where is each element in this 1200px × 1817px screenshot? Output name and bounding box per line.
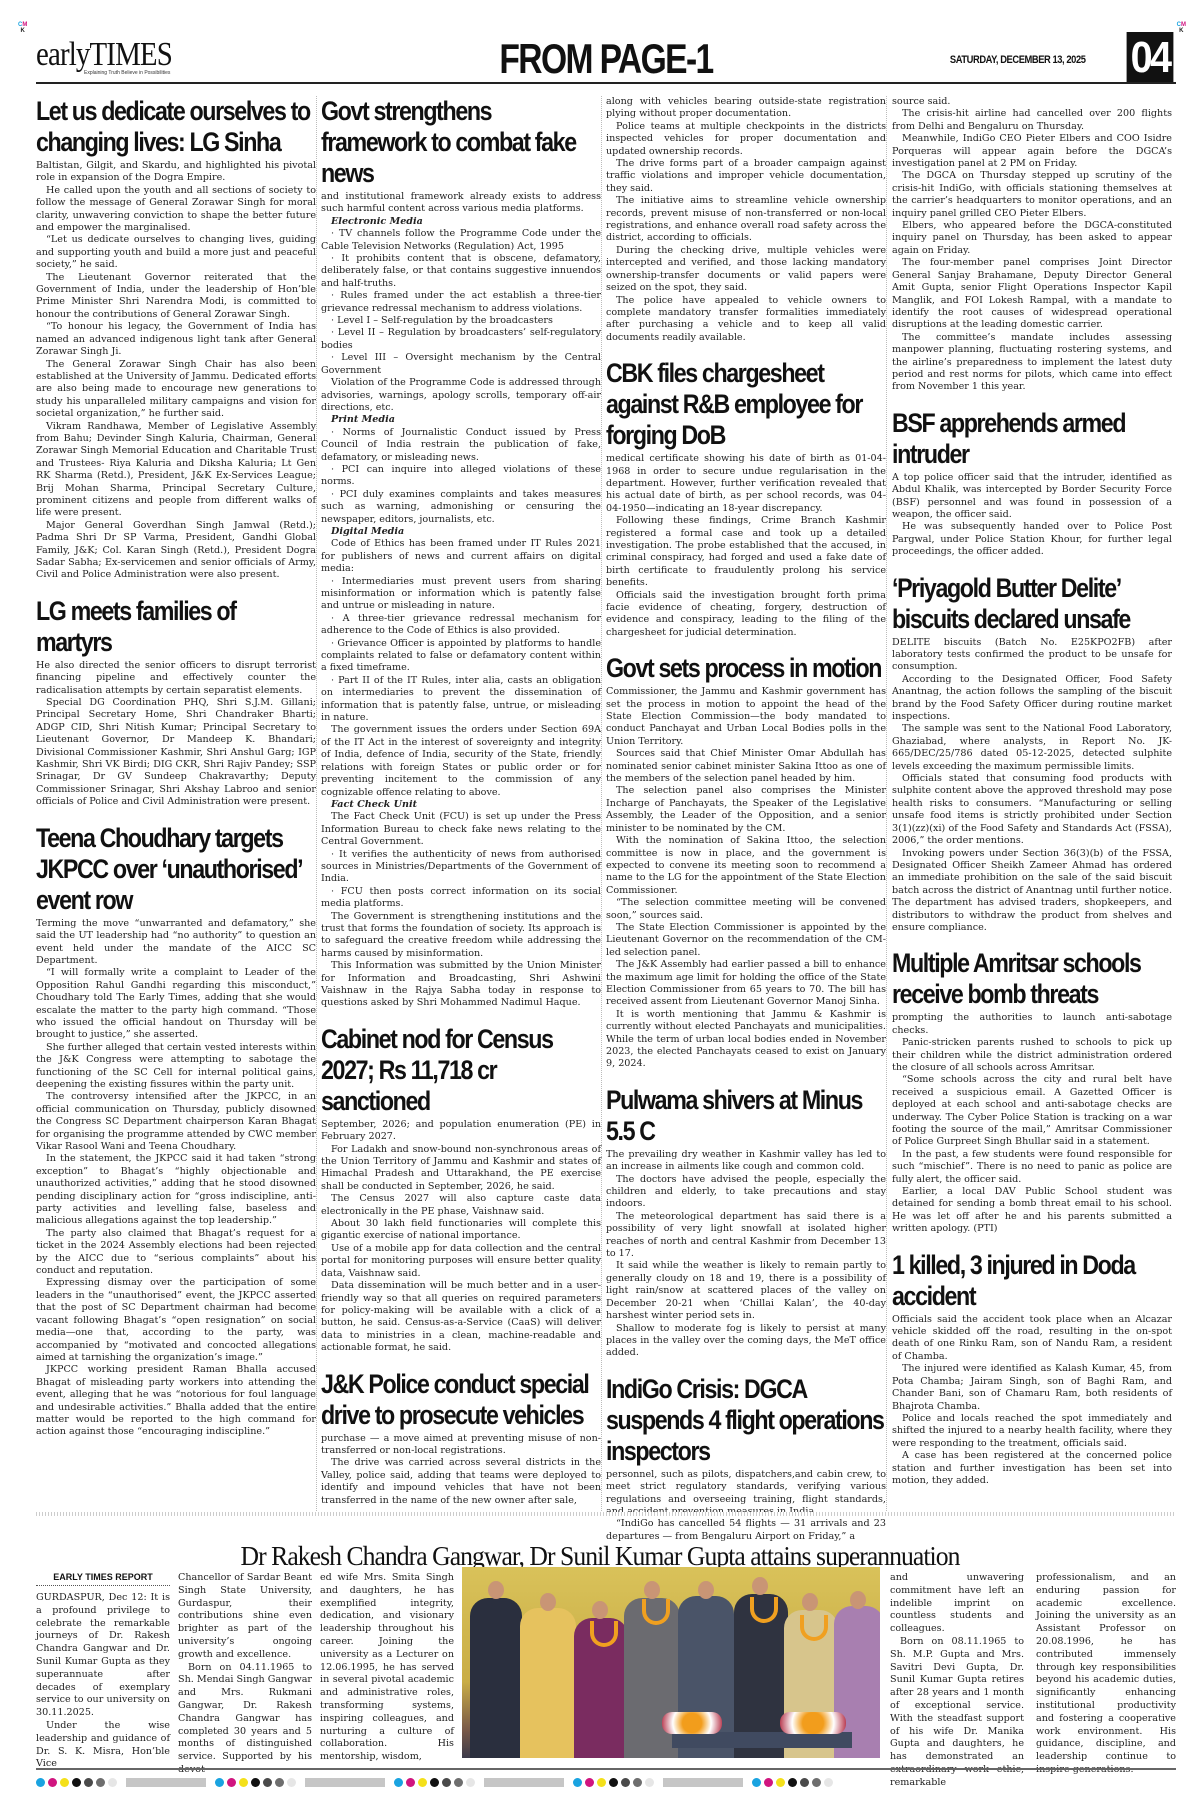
color-swatch-gray-mid xyxy=(633,1778,642,1787)
news-story: Multiple Amritsar schools receive bomb t… xyxy=(892,948,1172,1235)
story-paragraph: The government issues the orders under S… xyxy=(321,724,601,798)
story-paragraph: The Census 2027 will also capture caste … xyxy=(321,1193,601,1218)
story-paragraph: · Intermediaries must prevent users from… xyxy=(321,576,601,613)
story-headline: 1 killed, 3 injured in Doda accident xyxy=(892,1250,1171,1312)
color-swatch-black xyxy=(72,1778,81,1787)
gray-bar xyxy=(126,1778,206,1787)
color-swatch-magenta xyxy=(406,1778,415,1787)
news-story: LG meets families of martyrsHe also dire… xyxy=(36,596,316,809)
story-paragraph: personnel, such as pilots, dispatchers,a… xyxy=(606,1469,886,1519)
story-paragraph: The meteorological department has said t… xyxy=(606,1211,886,1261)
story-paragraph: Officials stated that consuming food pro… xyxy=(892,773,1172,847)
color-swatch-black xyxy=(609,1778,618,1787)
color-swatch-gray-mid xyxy=(275,1778,284,1787)
story-paragraph: Baltistan, Gilgit, and Skardu, and highl… xyxy=(36,160,316,185)
story-headline: Teena Choudhary targets JKPCC over ‘unau… xyxy=(36,823,315,916)
story-headline: BSF apprehends armed intruder xyxy=(892,408,1171,470)
color-swatch-gray-mid xyxy=(812,1778,821,1787)
story-paragraph: He also directed the senior officers to … xyxy=(36,660,316,697)
footer-rule xyxy=(36,1768,1176,1770)
masthead-rule xyxy=(36,82,1176,84)
story-paragraph: Data dissemination will be much better a… xyxy=(321,1280,601,1354)
story-paragraph: source said. xyxy=(892,96,1172,108)
story-paragraph: The sample was sent to the National Food… xyxy=(892,723,1172,773)
story-paragraph: · It verifies the authenticity of news f… xyxy=(321,849,601,886)
color-swatch-magenta xyxy=(585,1778,594,1787)
color-swatch-gray-dark xyxy=(263,1778,272,1787)
color-swatch-cyan xyxy=(215,1778,224,1787)
story-paragraph: The State Election Commissioner is appoi… xyxy=(606,922,886,959)
story-paragraph: The J&K Assembly had earlier passed a bi… xyxy=(606,959,886,1009)
story-paragraph: Panic-stricken parents rushed to schools… xyxy=(892,1037,1172,1074)
story-paragraph: Expressing dismay over the participation… xyxy=(36,1277,316,1364)
story-paragraph: In the past, a few students were found r… xyxy=(892,1149,1172,1186)
story-paragraph: Shallow to moderate fog is likely to per… xyxy=(606,1323,886,1360)
story-paragraph: and unwavering commitment have left an i… xyxy=(890,1572,1024,1636)
story-paragraph: “To honour his legacy, the Government of… xyxy=(36,321,316,358)
color-swatch-black xyxy=(251,1778,260,1787)
story-paragraph: The Government is strengthening institut… xyxy=(321,911,601,961)
column-2: Govt strengthens framework to combat fak… xyxy=(321,96,601,1521)
news-story: BSF apprehends armed intruderA top polic… xyxy=(892,408,1172,559)
story-headline: Pulwama shivers at Minus 5.5 C xyxy=(606,1085,885,1147)
color-swatch-gray-light xyxy=(108,1778,117,1787)
news-story: Govt strengthens framework to combat fak… xyxy=(321,96,601,1010)
story-paragraph: Born on 08.11.1965 to Sh. M.P. Gupta and… xyxy=(890,1636,1024,1790)
story-paragraph: “I will formally write a complaint to Le… xyxy=(36,967,316,1041)
story-paragraph: · FCU then posts correct information on … xyxy=(321,886,601,911)
column-4: source said.The crisis-hit airline had c… xyxy=(892,96,1172,1501)
color-swatch-magenta xyxy=(764,1778,773,1787)
color-swatch-gray-mid xyxy=(454,1778,463,1787)
story-paragraph: During the checking drive, multiple vehi… xyxy=(606,245,886,295)
story-paragraph: A top police officer said that the intru… xyxy=(892,472,1172,522)
print-color-bar xyxy=(36,1776,1176,1788)
color-swatch-gray-light xyxy=(287,1778,296,1787)
story-paragraph: · TV channels follow the Programme Code … xyxy=(321,228,601,253)
news-story: J&K Police conduct special drive to pros… xyxy=(321,1369,601,1507)
story-paragraph: Code of Ethics has been framed under IT … xyxy=(321,538,601,575)
color-swatch-yellow xyxy=(239,1778,248,1787)
story-subheading: Print Media xyxy=(321,414,601,426)
story-headline: CBK files chargesheet against R&B employ… xyxy=(606,358,885,451)
story-headline: Multiple Amritsar schools receive bomb t… xyxy=(892,948,1171,1010)
story-paragraph: Officials said the investigation brought… xyxy=(606,590,886,640)
story-headline: Govt sets process in motion xyxy=(606,653,885,684)
story-paragraph: ed wife Mrs. Smita Singh and daughters, … xyxy=(320,1572,454,1764)
color-swatch-magenta xyxy=(48,1778,57,1787)
color-swatch-gray-dark xyxy=(800,1778,809,1787)
story-paragraph: GURDASPUR, Dec 12: It is a profound priv… xyxy=(36,1592,170,1720)
story-paragraph: medical certificate showing his date of … xyxy=(606,453,886,515)
news-story: 1 killed, 3 injured in Doda accidentOffi… xyxy=(892,1250,1172,1488)
story-paragraph: along with vehicles bearing outside-stat… xyxy=(606,96,886,121)
story-paragraph: · PCI duly examines complaints and takes… xyxy=(321,489,601,526)
story-headline: IndiGo Crisis: DGCA suspends 4 flight op… xyxy=(606,1374,885,1467)
registration-mark-left: CMK xyxy=(18,22,27,34)
story-paragraph: Following these findings, Crime Branch K… xyxy=(606,515,886,589)
news-story: IndiGo Crisis: DGCA suspends 4 flight op… xyxy=(606,1374,886,1543)
story-paragraph: · Part II of the IT Rules, inter alia, c… xyxy=(321,675,601,725)
story-paragraph: According to the Designated Officer, Foo… xyxy=(892,674,1172,724)
story-paragraph: “Let us dedicate ourselves to changing l… xyxy=(36,234,316,271)
color-swatch-cyan xyxy=(36,1778,45,1787)
story-paragraph: This Information was submitted by the Un… xyxy=(321,960,601,1010)
color-swatch-gray-dark xyxy=(621,1778,630,1787)
bottom-column-4: and unwavering commitment have left an i… xyxy=(890,1572,1024,1790)
story-paragraph: Earlier, a local DAV Public School stude… xyxy=(892,1186,1172,1236)
story-headline: J&K Police conduct special drive to pros… xyxy=(321,1369,600,1431)
color-swatch-cyan xyxy=(573,1778,582,1787)
color-swatch-gray-dark xyxy=(84,1778,93,1787)
story-paragraph: JKPCC working president Raman Bhalla acc… xyxy=(36,1364,316,1438)
story-paragraph: · A three-tier grievance redressal mecha… xyxy=(321,613,601,638)
story-paragraph: Police and locals reached the spot immed… xyxy=(892,1413,1172,1450)
story-paragraph: · Grievance Officer is appointed by plat… xyxy=(321,638,601,675)
story-paragraph: The DGCA on Thursday stepped up scrutiny… xyxy=(892,170,1172,220)
story-paragraph: The police have appealed to vehicle owne… xyxy=(606,295,886,345)
story-paragraph: · Norms of Journalistic Conduct issued b… xyxy=(321,427,601,464)
story-paragraph: professionalism, and an enduring passion… xyxy=(1036,1572,1176,1777)
story-headline: LG meets families of martyrs xyxy=(36,596,315,658)
column-divider xyxy=(601,96,602,1511)
story-paragraph: DELITE biscuits (Batch No. E25KPO2FB) af… xyxy=(892,637,1172,674)
color-swatch-black xyxy=(788,1778,797,1787)
story-paragraph: The selection panel also comprises the M… xyxy=(606,785,886,835)
story-paragraph: Under the wise leadership and guidance o… xyxy=(36,1720,170,1771)
news-story: Govt sets process in motionCommissioner,… xyxy=(606,653,886,1071)
story-paragraph: “The selection committee meeting will be… xyxy=(606,897,886,922)
story-headline: Cabinet nod for Census 2027; Rs 11,718 c… xyxy=(321,1024,600,1117)
color-swatch-gray-mid xyxy=(96,1778,105,1787)
story-paragraph: Major General Goverdhan Singh Jamwal (Re… xyxy=(36,520,316,582)
story-paragraph: purchase — a move aimed at preventing mi… xyxy=(321,1433,601,1458)
story-headline: ‘Priyagold Butter Delite’ biscuits decla… xyxy=(892,573,1171,635)
story-paragraph: The General Zorawar Singh Chair has also… xyxy=(36,359,316,421)
story-paragraph: Violation of the Programme Code is addre… xyxy=(321,377,601,414)
bottom-column-5: professionalism, and an enduring passion… xyxy=(1036,1572,1176,1777)
color-swatch-yellow xyxy=(418,1778,427,1787)
story-paragraph: Elbers, who appeared before the DGCA-con… xyxy=(892,220,1172,257)
news-story: Let us dedicate ourselves to changing li… xyxy=(36,96,316,582)
story-paragraph: · It prohibits content that is obscene, … xyxy=(321,253,601,290)
story-paragraph: He called upon the youth and all section… xyxy=(36,185,316,235)
color-swatch-yellow xyxy=(597,1778,606,1787)
story-paragraph: The drive was carried across several dis… xyxy=(321,1457,601,1507)
story-paragraph: The Fact Check Unit (FCU) is set up unde… xyxy=(321,811,601,848)
story-paragraph: Chancellor of Sardar Beant Singh State U… xyxy=(178,1572,312,1662)
story-subheading: Digital Media xyxy=(321,526,601,538)
news-story: Cabinet nod for Census 2027; Rs 11,718 c… xyxy=(321,1024,601,1355)
story-paragraph: Meanwhile, IndiGo CEO Pieter Elbers and … xyxy=(892,133,1172,170)
story-paragraph: With the nomination of Sakina Ittoo, the… xyxy=(606,835,886,897)
story-subheading: Fact Check Unit xyxy=(321,799,601,811)
color-swatch-gray-light xyxy=(466,1778,475,1787)
column-divider xyxy=(886,96,887,1511)
color-swatch-black xyxy=(430,1778,439,1787)
color-swatch-yellow xyxy=(60,1778,69,1787)
story-paragraph: In the statement, the JKPCC said it had … xyxy=(36,1153,316,1227)
story-paragraph: He was subsequently handed over to Polic… xyxy=(892,521,1172,558)
story-paragraph: For Ladakh and snow-bound non-synchronou… xyxy=(321,1144,601,1194)
story-paragraph: Born on 04.11.1965 to Sh. Mendai Singh G… xyxy=(178,1662,312,1777)
story-paragraph: Officials said the accident took place w… xyxy=(892,1314,1172,1364)
news-story: ‘Priyagold Butter Delite’ biscuits decla… xyxy=(892,573,1172,935)
story-paragraph: Use of a mobile app for data collection … xyxy=(321,1243,601,1280)
color-swatch-magenta xyxy=(227,1778,236,1787)
ceremony-photo xyxy=(462,1567,880,1758)
story-headline: Let us dedicate ourselves to changing li… xyxy=(36,96,315,158)
story-paragraph: prompting the authorities to launch anti… xyxy=(892,1012,1172,1037)
column-divider xyxy=(316,96,317,1511)
story-paragraph: It is worth mentioning that Jammu & Kash… xyxy=(606,1009,886,1071)
byline: EARLY TIMES REPORT xyxy=(36,1572,170,1586)
color-swatch-gray-light xyxy=(645,1778,654,1787)
column-1: Let us dedicate ourselves to changing li… xyxy=(36,96,316,1453)
section-separator xyxy=(36,1512,1176,1516)
story-paragraph: The Lieutenant Governor reiterated that … xyxy=(36,272,316,322)
gray-bar xyxy=(484,1778,564,1787)
story-paragraph: About 30 lakh field functionaries will c… xyxy=(321,1218,601,1243)
story-paragraph: · Level III – Oversight mechanism by the… xyxy=(321,352,601,377)
news-story: along with vehicles bearing outside-stat… xyxy=(606,96,886,344)
story-paragraph: Commissioner, the Jammu and Kashmir gove… xyxy=(606,686,886,748)
story-paragraph: · Rules framed under the act establish a… xyxy=(321,290,601,315)
story-paragraph: The doctors have advised the people, esp… xyxy=(606,1174,886,1211)
news-story: Teena Choudhary targets JKPCC over ‘unau… xyxy=(36,823,316,1439)
story-paragraph: Sources said that Chief Minister Omar Ab… xyxy=(606,748,886,785)
story-paragraph: Terming the move “unwarranted and defama… xyxy=(36,918,316,968)
story-paragraph: The drive forms part of a broader campai… xyxy=(606,158,886,195)
color-swatch-cyan xyxy=(394,1778,403,1787)
story-headline: Govt strengthens framework to combat fak… xyxy=(321,96,600,189)
story-paragraph: Police teams at multiple checkpoints in … xyxy=(606,121,886,158)
story-paragraph: · Level I – Self-regulation by the broad… xyxy=(321,315,601,327)
story-paragraph: The committee’s mandate includes assessi… xyxy=(892,332,1172,394)
story-paragraph: · PCI can inquire into alleged violation… xyxy=(321,464,601,489)
story-paragraph: Invoking powers under Section 36(3)(b) o… xyxy=(892,848,1172,935)
news-story: source said.The crisis-hit airline had c… xyxy=(892,96,1172,394)
story-paragraph: · Level II – Regulation by broadcasters’… xyxy=(321,327,601,352)
gray-bar xyxy=(305,1778,385,1787)
story-paragraph: The crisis-hit airline had cancelled ove… xyxy=(892,108,1172,133)
color-swatch-gray-light xyxy=(824,1778,833,1787)
column-3: along with vehicles bearing outside-stat… xyxy=(606,96,886,1557)
story-paragraph: September, 2026; and population enumerat… xyxy=(321,1119,601,1144)
bottom-column-1: GURDASPUR, Dec 12: It is a profound priv… xyxy=(36,1592,170,1771)
page-number: 04 xyxy=(1127,32,1174,84)
story-paragraph: Special DG Coordination PHQ, Shri S.J.M.… xyxy=(36,697,316,809)
color-swatch-gray-dark xyxy=(442,1778,451,1787)
story-paragraph: and institutional framework already exis… xyxy=(321,191,601,216)
story-paragraph: A case has been registered at the concer… xyxy=(892,1450,1172,1487)
story-paragraph: Vikram Randhawa, Member of Legislative A… xyxy=(36,421,316,520)
news-story: Pulwama shivers at Minus 5.5 CThe prevai… xyxy=(606,1085,886,1360)
gray-bar xyxy=(663,1778,743,1787)
bottom-column-2: Chancellor of Sardar Beant Singh State U… xyxy=(178,1572,312,1777)
masthead: earlyTIMES Explaining Truth Believe in P… xyxy=(36,38,1176,80)
story-paragraph: The initiative aims to streamline vehicl… xyxy=(606,195,886,245)
story-paragraph: It said while the weather is likely to r… xyxy=(606,1260,886,1322)
registration-mark-right: CMK xyxy=(1177,22,1186,34)
story-paragraph: The injured were identified as Kalash Ku… xyxy=(892,1363,1172,1413)
color-swatch-yellow xyxy=(776,1778,785,1787)
color-swatch-cyan xyxy=(752,1778,761,1787)
section-title: FROM PAGE-1 xyxy=(150,36,1062,82)
news-story: CBK files chargesheet against R&B employ… xyxy=(606,358,886,639)
story-paragraph: “Some schools across the city and rural … xyxy=(892,1074,1172,1148)
issue-date: SATURDAY, DECEMBER 13, 2025 xyxy=(950,54,1086,66)
story-paragraph: The prevailing dry weather in Kashmir va… xyxy=(606,1149,886,1174)
story-paragraph: She further alleged that certain vested … xyxy=(36,1042,316,1092)
bottom-column-3: ed wife Mrs. Smita Singh and daughters, … xyxy=(320,1572,454,1764)
story-paragraph: The party also claimed that Bhagat’s req… xyxy=(36,1228,316,1278)
story-paragraph: The controversy intensified after the JK… xyxy=(36,1091,316,1153)
story-subheading: Electronic Media xyxy=(321,216,601,228)
story-paragraph: The four-member panel comprises Joint Di… xyxy=(892,257,1172,331)
